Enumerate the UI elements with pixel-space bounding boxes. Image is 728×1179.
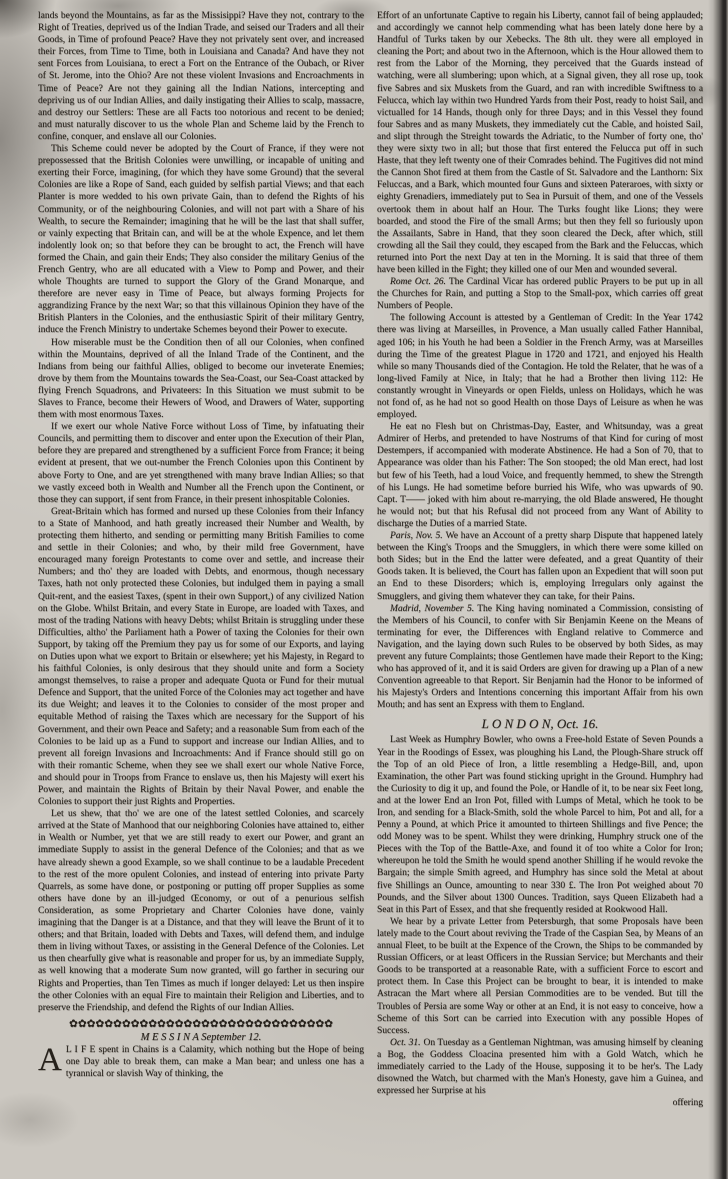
dateline: Rome Oct. 26.	[390, 277, 446, 287]
catchword: offering	[377, 1097, 703, 1109]
fleuron-ornament-row: ✿✿✿✿✿✿✿✿✿✿✿✿✿✿✿✿✿✿✿✿✿✿✿✿✿✿✿✿✿✿	[38, 1017, 364, 1031]
paragraph: Let us shew, that tho' we are one of the…	[38, 808, 364, 1014]
text-columns: lands beyond the Mountains, as far as th…	[38, 10, 704, 1109]
drop-cap-initial: A	[38, 1044, 66, 1073]
left-column: lands beyond the Mountains, as far as th…	[38, 10, 364, 1109]
dateline: Oct. 31.	[390, 1038, 420, 1048]
paragraph: How miserable must be the Condition then…	[38, 337, 364, 422]
paragraph: Last Week as Humphry Bowler, who owns a …	[377, 734, 703, 915]
paragraph: Madrid, November 5.The King having nomin…	[377, 603, 703, 712]
messina-dateline-heading: M E S S I N A September 12.	[38, 1031, 364, 1044]
dateline: Madrid, November 5.	[390, 604, 474, 614]
paragraph-text: We have an Account of a pretty sharp Dis…	[377, 531, 703, 601]
paragraph: We hear by a private Letter from Petersb…	[377, 916, 703, 1037]
paragraph-text: The King having nominated a Commission, …	[377, 604, 703, 711]
paragraph: Great-Britain which has formed and nurse…	[38, 506, 364, 808]
paragraph: The following Account is attested by a G…	[377, 312, 703, 421]
dateline: Paris, Nov. 5.	[390, 531, 443, 541]
page-edge-shadow	[708, 0, 728, 1179]
london-section-heading: L O N D O N, Oct. 16.	[377, 714, 703, 733]
paragraph: Rome Oct. 26.The Cardinal Vicar has orde…	[377, 276, 703, 312]
dropcap-paragraph-text: L I F E spent in Chains is a Calamity, w…	[66, 1045, 364, 1079]
paragraph: If we exert our whole Native Force witho…	[38, 421, 364, 506]
paragraph: Effort of an unfortunate Captive to rega…	[377, 10, 703, 276]
paragraph: Paris, Nov. 5.We have an Account of a pr…	[377, 530, 703, 603]
paragraph: lands beyond the Mountains, as far as th…	[38, 10, 364, 143]
right-column: Effort of an unfortunate Captive to rega…	[377, 10, 703, 1109]
newspaper-page-scan: lands beyond the Mountains, as far as th…	[0, 0, 728, 1179]
paragraph-text: On Tuesday as a Gentleman Nightman, was …	[377, 1038, 703, 1096]
paragraph: He eat no Flesh but on Christmas-Day, Ea…	[377, 421, 703, 530]
paragraph: This Scheme could never be adopted by th…	[38, 143, 364, 337]
paragraph: Oct. 31.On Tuesday as a Gentleman Nightm…	[377, 1037, 703, 1097]
dropcap-paragraph: AL I F E spent in Chains is a Calamity, …	[38, 1044, 364, 1080]
